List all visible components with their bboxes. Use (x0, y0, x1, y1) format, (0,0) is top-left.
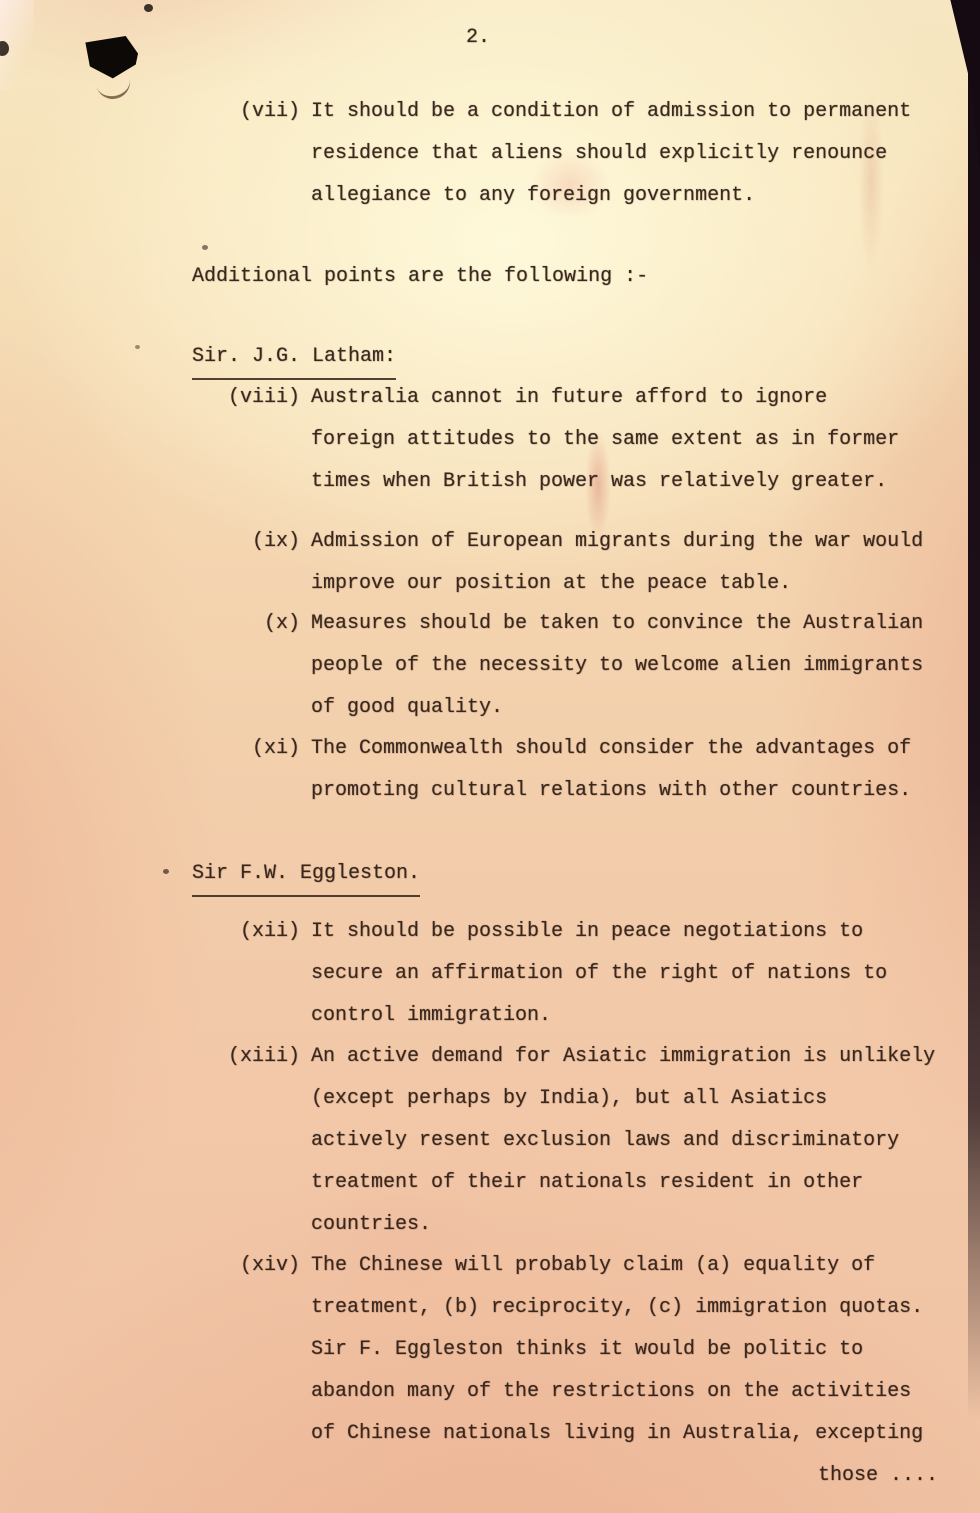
item-numeral: (xi) (190, 728, 300, 770)
list-item-xi: (xi) The Commonwealth should consider th… (190, 728, 963, 812)
ink-speck (144, 4, 153, 12)
item-text: It should be a condition of admission to… (311, 91, 963, 217)
item-numeral: (xiv) (190, 1245, 300, 1287)
ink-speck (202, 245, 208, 250)
item-text: Measures should be taken to convince the… (311, 603, 963, 729)
section-heading-latham: Sir. J.G. Latham: (192, 336, 396, 380)
list-item-xiii: (xiii) An active demand for Asiatic immi… (190, 1036, 963, 1246)
heading-text: Sir. J.G. Latham: (192, 336, 396, 380)
item-numeral: (xii) (190, 911, 300, 953)
item-text: The Commonwealth should consider the adv… (311, 728, 963, 812)
ink-speck (135, 345, 140, 349)
item-text: Australia cannot in future afford to ign… (311, 377, 963, 503)
item-text: It should be possible in peace negotiati… (311, 911, 963, 1037)
item-numeral: (x) (190, 603, 300, 645)
list-item-x: (x) Measures should be taken to convince… (190, 603, 963, 729)
catchword: those .... (818, 1455, 938, 1497)
list-item-ix: (ix) Admission of European migrants duri… (190, 521, 963, 605)
item-numeral: (vii) (190, 91, 300, 133)
item-text: Admission of European migrants during th… (311, 521, 963, 605)
intro-line: Additional points are the following :- (192, 256, 648, 298)
heading-text: Sir F.W. Eggleston. (192, 853, 420, 897)
section-heading-eggleston: Sir F.W. Eggleston. (192, 853, 420, 897)
item-numeral: (xiii) (190, 1036, 300, 1078)
item-text: An active demand for Asiatic immigration… (311, 1036, 963, 1246)
list-item-xii: (xii) It should be possible in peace neg… (190, 911, 963, 1037)
list-item-xiv: (xiv) The Chinese will probably claim (a… (190, 1245, 963, 1455)
document-page: 2. (vii) It should be a condition of adm… (0, 0, 980, 1513)
stray-ink-dot (163, 869, 169, 874)
item-numeral: (ix) (190, 521, 300, 563)
list-item-vii: (vii) It should be a condition of admiss… (190, 91, 963, 217)
item-text: The Chinese will probably claim (a) equa… (311, 1245, 963, 1455)
list-item-viii: (viii) Australia cannot in future afford… (190, 377, 963, 503)
scan-edge-right (968, 0, 980, 1420)
page-number: 2. (466, 17, 490, 59)
item-numeral: (viii) (190, 377, 300, 419)
